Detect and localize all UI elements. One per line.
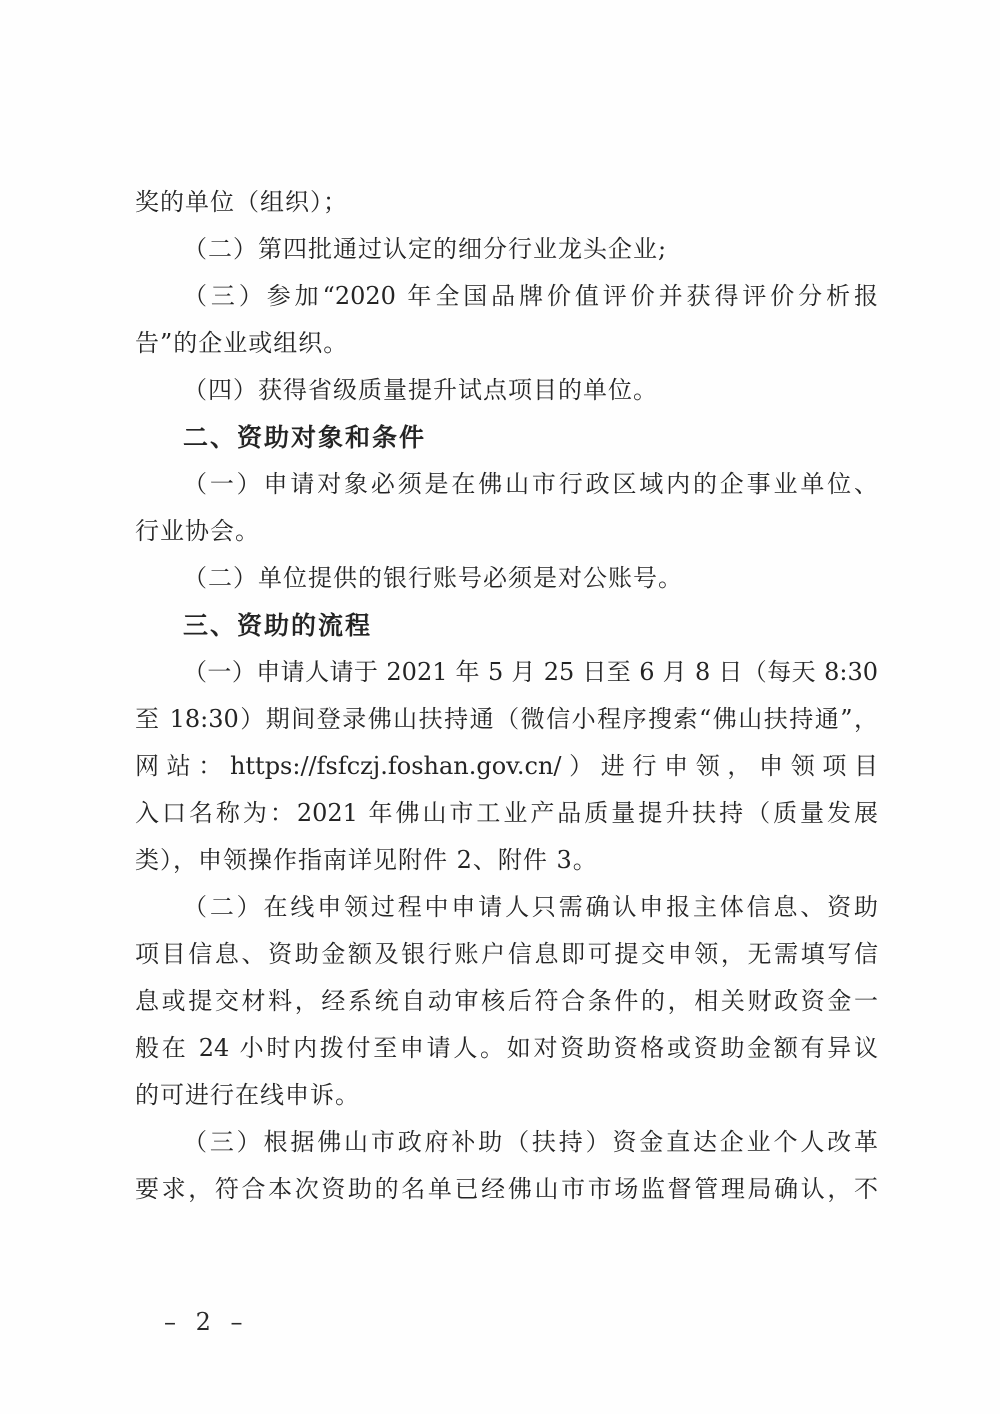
body-line: 息或提交材料，经系统自动审核后符合条件的，相关财政资金一 [135,978,878,1025]
document-body: 奖的单位（组织）； （二）第四批通过认定的细分行业龙头企业; （三）参加“202… [135,179,878,1213]
section-heading-3: 三、资助的流程 [135,602,878,649]
section-heading-2: 二、资助对象和条件 [135,414,878,461]
body-line: （一）申请对象必须是在佛山市行政区域内的企事业单位、 [135,461,878,508]
body-line: 的可进行在线申诉。 [135,1072,878,1119]
body-line: （二）单位提供的银行账号必须是对公账号。 [135,555,878,602]
body-line: （一）申请人请于 2021 年 5 月 25 日至 6 月 8 日（每天 8:3… [135,649,878,696]
body-line: （三）根据佛山市政府补助（扶持）资金直达企业个人改革 [135,1119,878,1166]
document-page: 奖的单位（组织）； （二）第四批通过认定的细分行业龙头企业; （三）参加“202… [0,0,1000,1414]
page-number: – 2 – [164,1302,249,1342]
body-line: （三）参加“2020 年全国品牌价值评价并获得评价分析报 [135,273,878,320]
body-line: （四）获得省级质量提升试点项目的单位。 [135,367,878,414]
body-line: 入口名称为：2021 年佛山市工业产品质量提升扶持（质量发展 [135,790,878,837]
body-line: 告”的企业或组织。 [135,320,878,367]
body-line: （二）在线申领过程中申请人只需确认申报主体信息、资助 [135,884,878,931]
body-line: 要求，符合本次资助的名单已经佛山市市场监督管理局确认，不 [135,1166,878,1213]
body-line: 类），申领操作指南详见附件 2、附件 3。 [135,837,878,884]
body-line: 项目信息、资助金额及银行账户信息即可提交申领，无需填写信 [135,931,878,978]
body-line: 般在 24 小时内拨付至申请人。如对资助资格或资助金额有异议 [135,1025,878,1072]
body-line: 行业协会。 [135,508,878,555]
body-line: （二）第四批通过认定的细分行业龙头企业; [135,226,878,273]
body-line: 奖的单位（组织）； [135,179,878,226]
body-line-with-url: 网站：https://fsfczj.foshan.gov.cn/）进行申领，申领… [135,743,878,790]
body-line: 至 18:30）期间登录佛山扶持通（微信小程序搜索“佛山扶持通”， [135,696,878,743]
